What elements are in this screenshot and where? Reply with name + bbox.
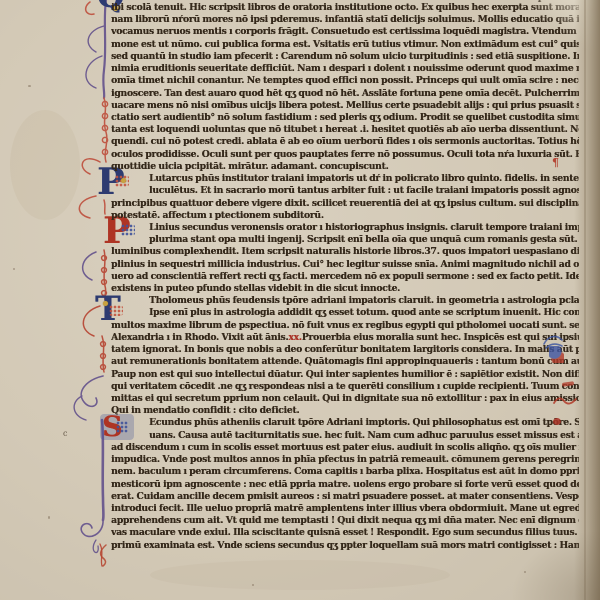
text-line-quintilian-moralia: ibi scolā tenuit. Hic scripsit libros de… — [111, 2, 579, 14]
page-corner-shadow — [510, 530, 600, 600]
text-line-ptolemeus: qui veritatem cōcedit .ne qʒ respondeas … — [111, 381, 579, 393]
text-segment: Prouerbia eius moralia sunt hec. Inspicē… — [302, 332, 579, 343]
text-line-secundus: nem. baculum ı peram circumferens. Coma … — [111, 466, 579, 478]
text-line-plutarchus: Lutarcus phūs institutor traiani impator… — [111, 173, 579, 185]
text-line-secundus: apprehendens cum ait. Vt quid me temptas… — [111, 515, 579, 527]
rubricated-text: xx. — [288, 332, 301, 343]
parchment-stain — [150, 560, 450, 590]
text-segment: Alexandria ı in Rhodo. Vixit aūt ānis. — [111, 332, 288, 343]
text-line-ptolemeus: aut remunerationis bonitatem attende. Qu… — [111, 356, 579, 368]
parchment-speck — [252, 584, 254, 586]
text-line-ptolemeus: Paup non est qui suo intellectui dūatur.… — [111, 369, 579, 381]
text-line-plutarchus: luculētus. Et in sacrario morū tantus ar… — [111, 185, 579, 197]
text-line-secundus: ad discendum ı cum in scolis esset mortu… — [111, 442, 579, 454]
text-line-ptolemeus: mittas ei qui secretum pprium non celaui… — [111, 393, 579, 405]
rubric-paragraph-mark: ¶ — [552, 156, 559, 169]
parchment-speck — [28, 85, 31, 87]
manuscript-page: uelut Li publica. Q P P T S ibi scolā te… — [0, 0, 600, 600]
text-line-secundus: mesticorū ipm agnoscente : nec etiā ppri… — [111, 479, 579, 491]
text-line-ptolemeus: Alexandria ı in Rhodo. Vixit aūt ānis.x… — [111, 332, 579, 344]
text-line-plinius: luminibus complexhendit. Item scripsit n… — [111, 246, 579, 258]
page-edge-shadow — [574, 0, 600, 600]
text-line-plinius: plinius in sequestri millicia industrius… — [111, 259, 579, 271]
text-line-ptolemeus: Qui in mendatio confidit : cito deficiet… — [111, 405, 579, 417]
text-line-secundus: vas maculare vnde exiui. Illa sciscitant… — [111, 527, 579, 539]
text-line-ptolemeus: tatem ignorat. In bonis que nobis a deo … — [111, 344, 579, 356]
text-line-quintilian-moralia: mone est ut nūmo. cui publica forma est.… — [111, 39, 579, 51]
text-line-ptolemeus: Ipse enī plus in astrologia addidit qʒ e… — [111, 307, 579, 319]
margin-guide-letter: c — [63, 429, 67, 438]
text-line-quintilian-moralia: sed quantū in studio iam pfecerit : Care… — [111, 51, 579, 63]
text-line-quintilian-moralia: quendi. cui nō potest credi. ablata ē ab… — [111, 136, 579, 148]
text-line-plutarchus: potestatē. affectum ı ptectionem subdito… — [111, 210, 579, 222]
text-line-secundus: primū examinata est. Vnde sciens secundu… — [111, 540, 579, 552]
text-block: ibi scolā tenuit. Hic scripsit libros de… — [111, 2, 579, 552]
text-line-quintilian-moralia: vocamus neruos mentis ı corporis frāgit.… — [111, 26, 579, 38]
text-line-quintilian-moralia: nam librorū nŕorū mores nō ipsi pderemus… — [111, 14, 579, 26]
text-segment: plurima stant opa multi ingenij. Scripsi… — [149, 234, 579, 245]
text-line-plinius: Linius secundus veronensis orator ı hist… — [111, 222, 579, 234]
text-line-secundus: uans. Causa autē taciturnitatis sue. hec… — [111, 430, 579, 442]
margin-red-blob — [553, 418, 561, 425]
text-line-secundus: introduci fecit. Ille ueluo propriā matr… — [111, 503, 579, 515]
text-line-plinius: plurima stant opa multi ingenij. Scripsi… — [111, 234, 579, 246]
gold-dot-ornament — [103, 301, 108, 306]
text-line-ptolemeus: multos maxime librum de pspectiua. nō fu… — [111, 320, 579, 332]
text-line-quintilian-moralia: quottidie uicia pcipitāt. mirātur. adama… — [111, 161, 579, 173]
text-line-secundus: impudica. Vnde post multos annos in phīa… — [111, 454, 579, 466]
text-line-quintilian-moralia: uacare mens nō nisi omībus uicijs libera… — [111, 100, 579, 112]
text-line-secundus: Ecundus phūs atheniis claruit tpōre Adri… — [111, 417, 579, 429]
text-line-plinius: existens in puteo pfundo stellas videbit… — [111, 283, 579, 295]
text-line-quintilian-moralia: oculos prodidisse. Oculi sunt per quos p… — [111, 149, 579, 161]
text-line-ptolemeus: Tholomeus phūs feudensis tpōre adriani i… — [111, 295, 579, 307]
margin-red-flourish-tail — [96, 543, 110, 567]
parchment-speck — [13, 268, 15, 270]
text-line-quintilian-moralia: ctatio sert audientib° nō solum fastidiu… — [111, 112, 579, 124]
text-line-quintilian-moralia: tanta est loquendi uoluntas que nō titub… — [111, 124, 579, 136]
text-line-quintilian-moralia: nimia eruditionis seueritate defficiūt.… — [111, 63, 579, 75]
text-line-quintilian-moralia: omīa timet nichil conantur. Ne temptes q… — [111, 75, 579, 87]
text-line-secundus: erat. Cuidam ancille decem pmisit aureos… — [111, 491, 579, 503]
text-line-quintilian-moralia: ignoscere. Tan dest auaro quod hēt qʒ qu… — [111, 88, 579, 100]
text-line-plinius: uero ad conscientiā reffert recti qʒ fac… — [111, 271, 579, 283]
text-line-plutarchus: principibus quattuor debere vigere dixit… — [111, 198, 579, 210]
margin-ink-blot — [549, 346, 564, 363]
